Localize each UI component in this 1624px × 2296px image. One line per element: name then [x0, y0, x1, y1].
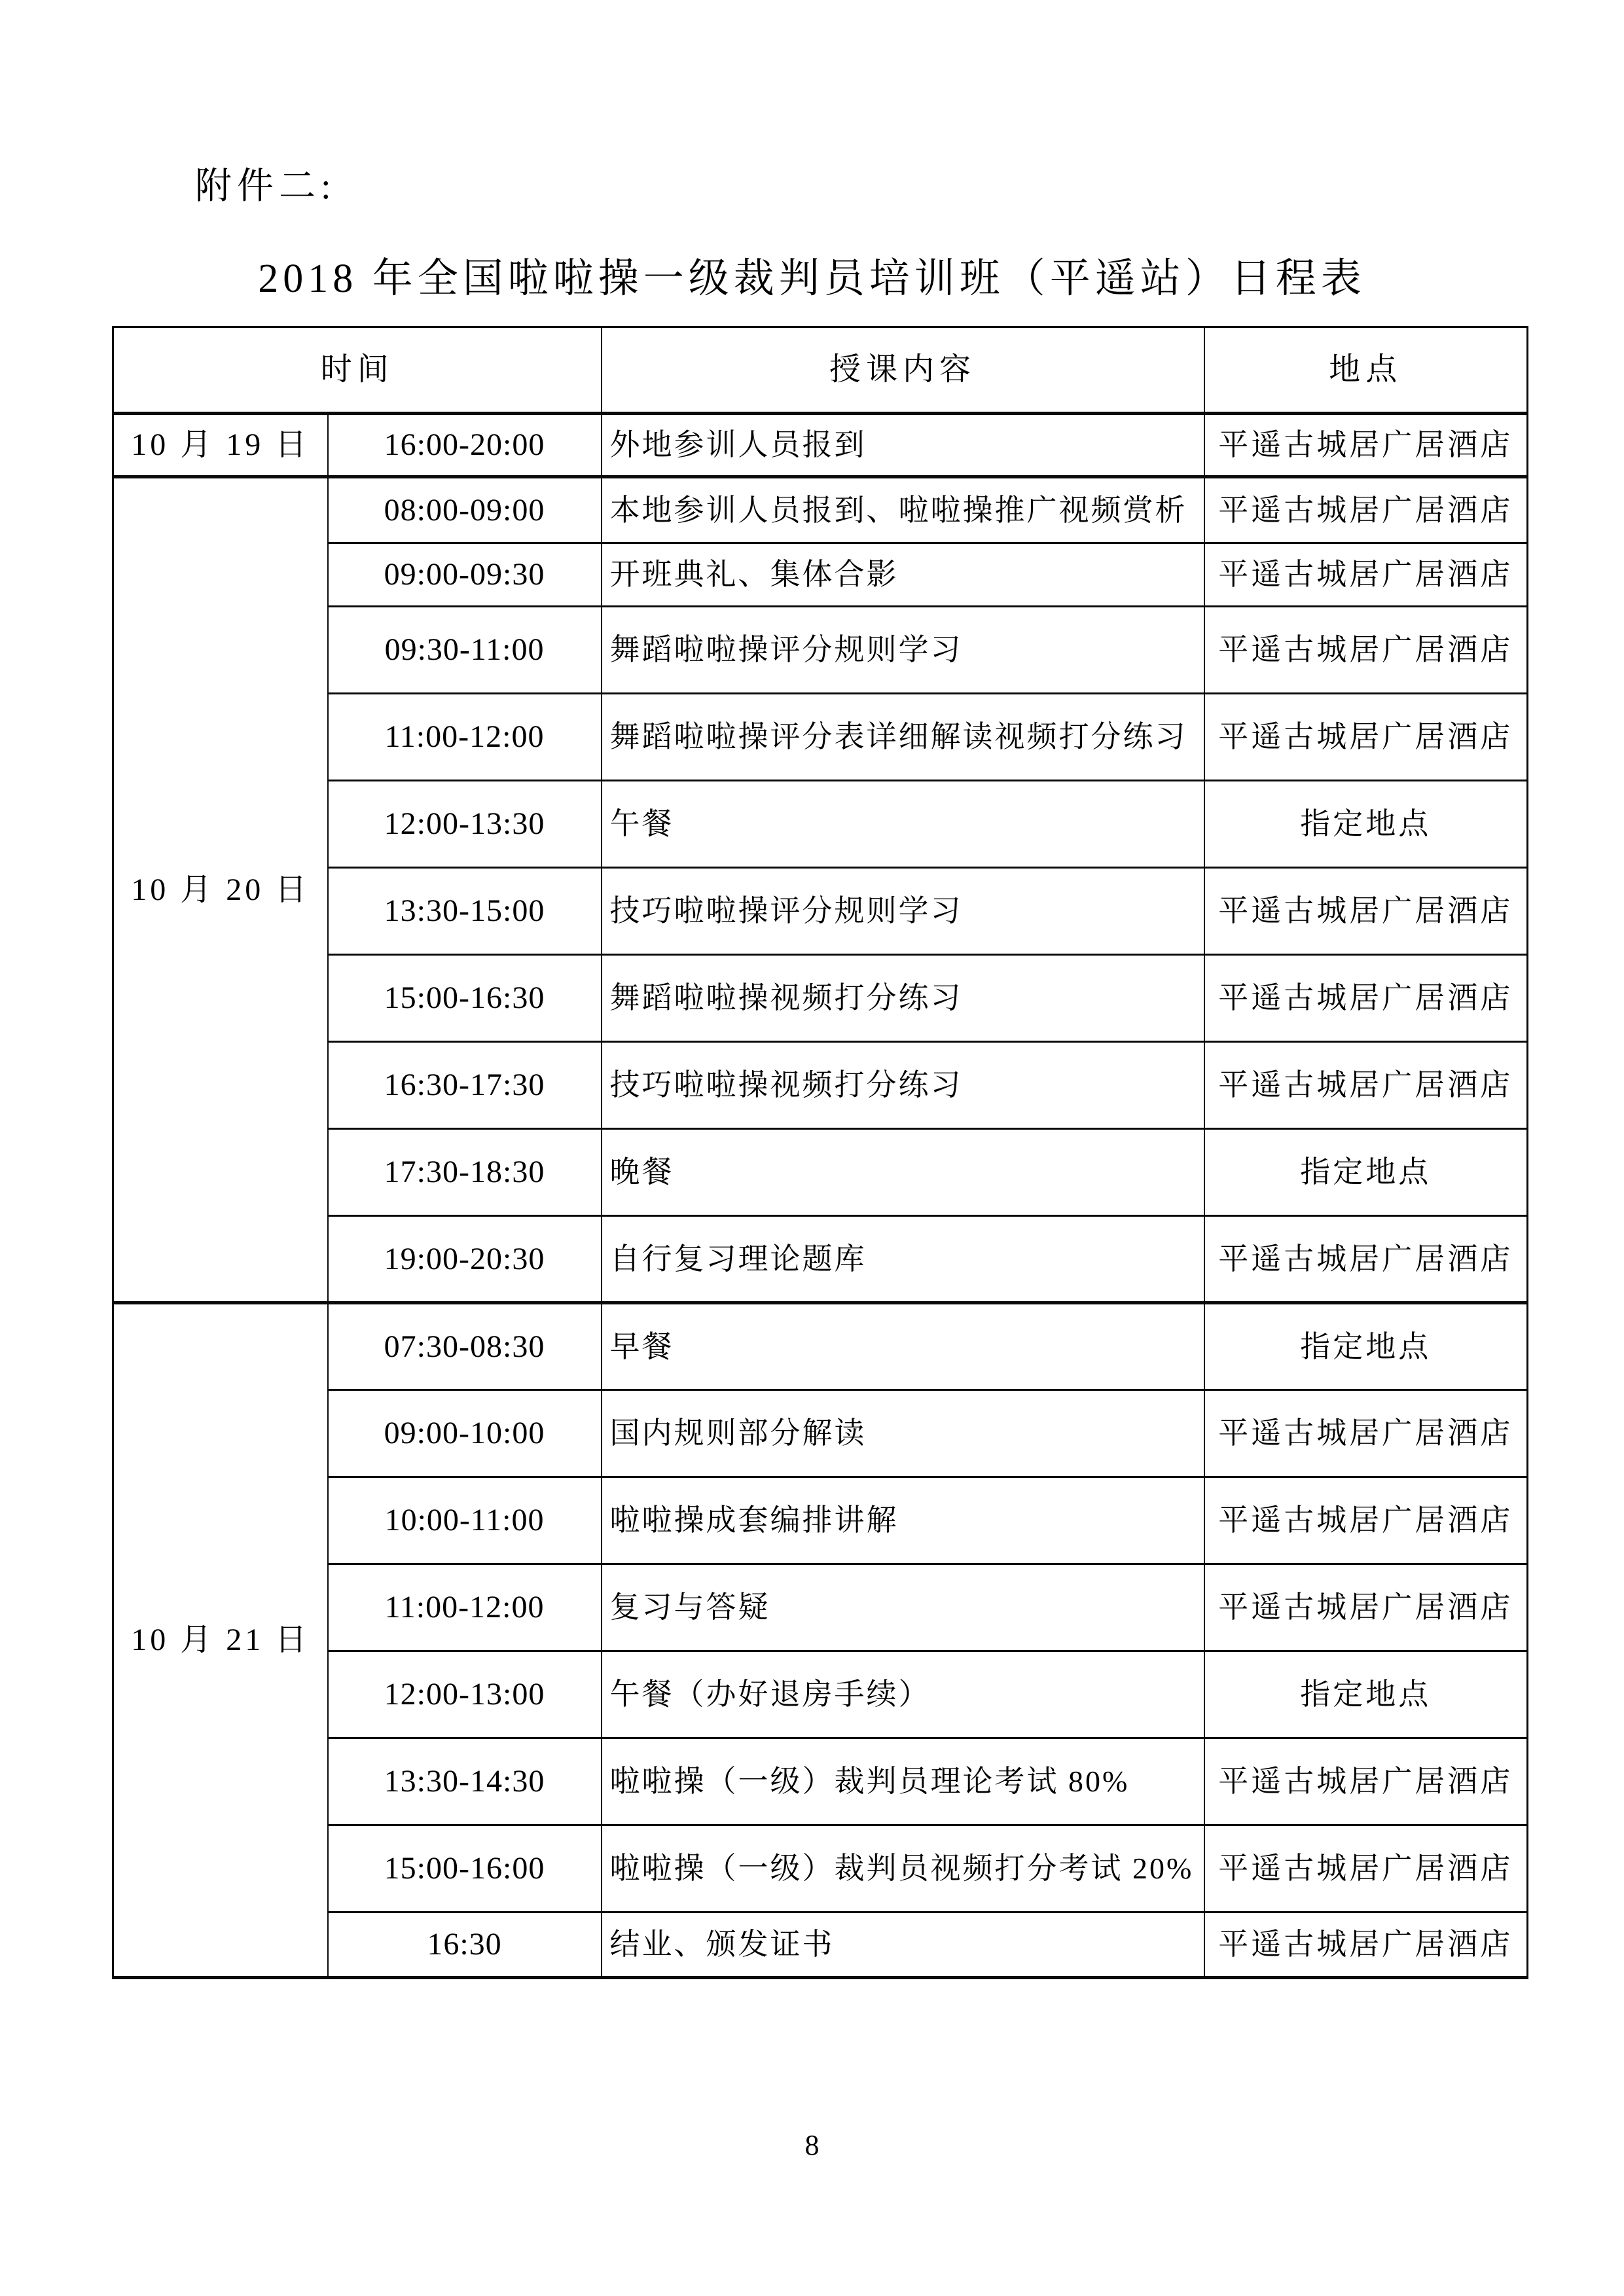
content-cell: 午餐 [602, 781, 1204, 868]
location-cell: 平遥古城居广居酒店 [1204, 1477, 1528, 1564]
location-cell: 平遥古城居广居酒店 [1204, 868, 1528, 955]
location-cell: 平遥古城居广居酒店 [1204, 607, 1528, 694]
time-cell: 16:30 [328, 1912, 602, 1978]
location-cell: 平遥古城居广居酒店 [1204, 955, 1528, 1042]
content-cell: 舞蹈啦啦操评分表详细解读视频打分练习 [602, 694, 1204, 781]
content-cell: 啦啦操（一级）裁判员视频打分考试 20% [602, 1825, 1204, 1912]
time-cell: 12:00-13:30 [328, 781, 602, 868]
time-cell: 09:00-09:30 [328, 543, 602, 607]
location-cell: 平遥古城居广居酒店 [1204, 694, 1528, 781]
location-cell: 平遥古城居广居酒店 [1204, 477, 1528, 543]
content-cell: 结业、颁发证书 [602, 1912, 1204, 1978]
time-cell: 13:30-14:30 [328, 1738, 602, 1825]
content-cell: 晚餐 [602, 1129, 1204, 1216]
date-cell: 10 月 21 日 [113, 1303, 328, 1978]
location-cell: 平遥古城居广居酒店 [1204, 1738, 1528, 1825]
time-cell: 11:00-12:00 [328, 1564, 602, 1651]
time-cell: 17:30-18:30 [328, 1129, 602, 1216]
content-cell: 技巧啦啦操视频打分练习 [602, 1042, 1204, 1129]
date-cell: 10 月 19 日 [113, 414, 328, 477]
content-cell: 啦啦操（一级）裁判员理论考试 80% [602, 1738, 1204, 1825]
location-cell: 平遥古城居广居酒店 [1204, 1042, 1528, 1129]
time-cell: 13:30-15:00 [328, 868, 602, 955]
document-page: 附件二: 2018 年全国啦啦操一级裁判员培训班（平遥站）日程表 时间 授课内容… [0, 0, 1624, 2296]
content-cell: 自行复习理论题库 [602, 1216, 1204, 1303]
content-cell: 舞蹈啦啦操评分规则学习 [602, 607, 1204, 694]
table-header-row: 时间 授课内容 地点 [113, 327, 1528, 414]
schedule-row: 10 月 19 日16:00-20:00外地参训人员报到平遥古城居广居酒店 [113, 414, 1528, 477]
time-cell: 09:30-11:00 [328, 607, 602, 694]
schedule-row: 10 月 20 日08:00-09:00本地参训人员报到、啦啦操推广视频赏析平遥… [113, 477, 1528, 543]
location-cell: 指定地点 [1204, 1129, 1528, 1216]
schedule-table: 时间 授课内容 地点 10 月 19 日16:00-20:00外地参训人员报到平… [112, 326, 1528, 1979]
location-cell: 平遥古城居广居酒店 [1204, 543, 1528, 607]
content-cell: 本地参训人员报到、啦啦操推广视频赏析 [602, 477, 1204, 543]
content-cell: 技巧啦啦操评分规则学习 [602, 868, 1204, 955]
content-cell: 国内规则部分解读 [602, 1390, 1204, 1477]
time-cell: 11:00-12:00 [328, 694, 602, 781]
location-cell: 平遥古城居广居酒店 [1204, 1564, 1528, 1651]
column-header-location: 地点 [1204, 327, 1528, 414]
location-cell: 平遥古城居广居酒店 [1204, 1390, 1528, 1477]
location-cell: 指定地点 [1204, 781, 1528, 868]
time-cell: 07:30-08:30 [328, 1303, 602, 1390]
location-cell: 平遥古城居广居酒店 [1204, 1912, 1528, 1978]
time-cell: 15:00-16:30 [328, 955, 602, 1042]
time-cell: 16:00-20:00 [328, 414, 602, 477]
content-cell: 啦啦操成套编排讲解 [602, 1477, 1204, 1564]
attachment-label: 附件二: [195, 165, 336, 209]
time-cell: 19:00-20:30 [328, 1216, 602, 1303]
location-cell: 平遥古城居广居酒店 [1204, 1825, 1528, 1912]
time-cell: 08:00-09:00 [328, 477, 602, 543]
content-cell: 复习与答疑 [602, 1564, 1204, 1651]
time-cell: 12:00-13:00 [328, 1651, 602, 1738]
content-cell: 午餐（办好退房手续） [602, 1651, 1204, 1738]
time-cell: 09:00-10:00 [328, 1390, 602, 1477]
content-cell: 早餐 [602, 1303, 1204, 1390]
content-cell: 舞蹈啦啦操视频打分练习 [602, 955, 1204, 1042]
content-cell: 开班典礼、集体合影 [602, 543, 1204, 607]
location-cell: 平遥古城居广居酒店 [1204, 414, 1528, 477]
location-cell: 平遥古城居广居酒店 [1204, 1216, 1528, 1303]
page-title: 2018 年全国啦啦操一级裁判员培训班（平遥站）日程表 [0, 257, 1624, 301]
date-cell: 10 月 20 日 [113, 477, 328, 1303]
content-cell: 外地参训人员报到 [602, 414, 1204, 477]
location-cell: 指定地点 [1204, 1303, 1528, 1390]
schedule-row: 10 月 21 日07:30-08:30早餐指定地点 [113, 1303, 1528, 1390]
location-cell: 指定地点 [1204, 1651, 1528, 1738]
column-header-content: 授课内容 [602, 327, 1204, 414]
time-cell: 15:00-16:00 [328, 1825, 602, 1912]
column-header-time: 时间 [113, 327, 602, 414]
time-cell: 10:00-11:00 [328, 1477, 602, 1564]
time-cell: 16:30-17:30 [328, 1042, 602, 1129]
page-number: 8 [0, 2128, 1624, 2162]
